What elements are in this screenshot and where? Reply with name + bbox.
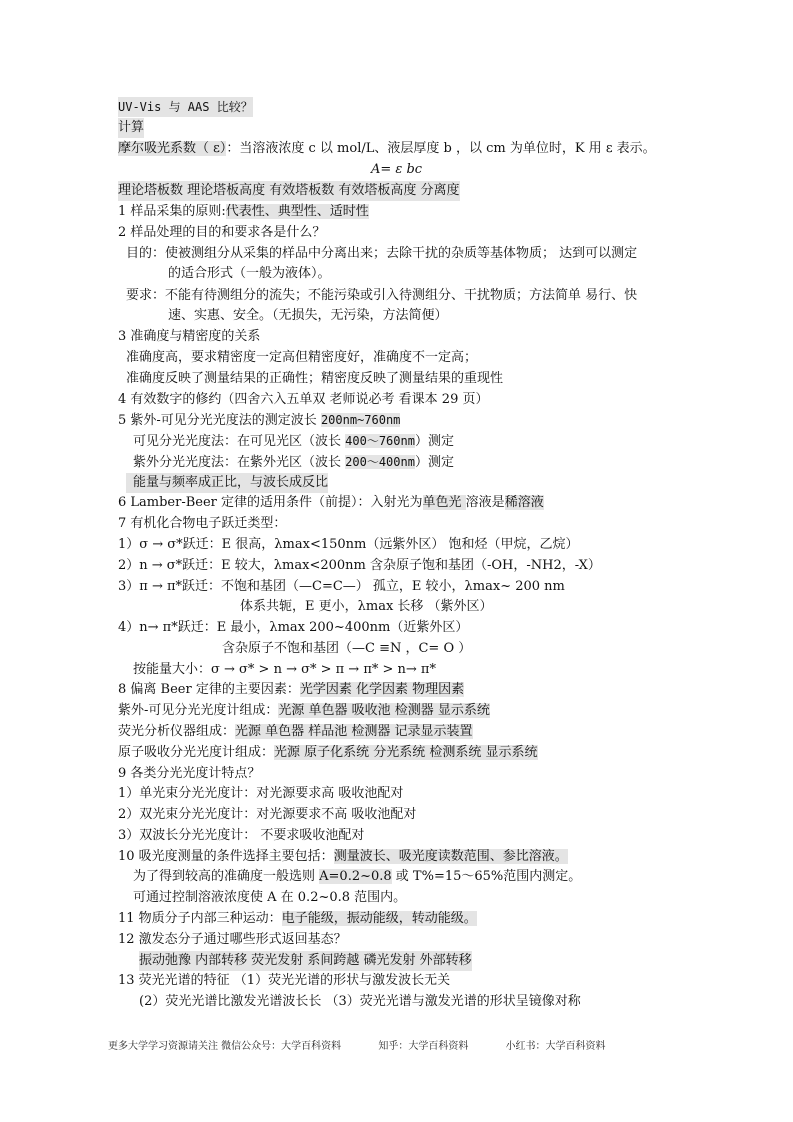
q5-uv-range: 200～400nm bbox=[345, 455, 415, 469]
q8-label: 8 偏离 Beer 定律的主要因素： bbox=[118, 682, 300, 697]
q5-uv-suffix: ）测定 bbox=[415, 455, 454, 470]
q7-sigma-sigma: 1）σ → σ*跃迁：E 很高，λmax<150nm（远紫外区） 饱和烃（甲烷，… bbox=[118, 535, 579, 555]
q10-label: 10 吸光度测量的条件选择主要包括： bbox=[118, 849, 334, 864]
aas-parts: 光源 原子化系统 分光系统 检测系统 显示系统 bbox=[274, 745, 538, 760]
plate-terms: 理论塔板数 理论塔板高度 有效塔板数 有效塔板高度 分离度 bbox=[118, 181, 460, 201]
q1-answer: 代表性、典型性、适时性 bbox=[226, 204, 369, 219]
term-molar-absorptivity: 摩尔吸光系数（ ε） bbox=[118, 141, 226, 156]
q5-label: 5 紫外-可见分光光度法的测定波长 bbox=[118, 413, 321, 428]
q7-n-sigma: 2）n → σ*跃迁：E 较大，λmax<200nm 含杂原子饱和基团（-OH，… bbox=[118, 556, 601, 576]
q7-title: 7 有机化合物电子跃迁类型： bbox=[118, 514, 286, 534]
q10-absorbance-range: A=0.2~0.8 bbox=[319, 869, 392, 884]
q13-features: 13 荧光光谱的特征 （1）荧光光谱的形状与激发波长无关 bbox=[118, 971, 450, 991]
footer-wechat: 更多大学学习资源请关注 微信公众号：大学百科资料 bbox=[108, 1041, 341, 1052]
q10-transmittance: 或 T%=15～65%范围内测定。 bbox=[392, 869, 582, 884]
q10-answer: 测量波长、吸光度读数范围、参比溶液。 bbox=[334, 849, 568, 864]
q7-pi-pi: 3）π → π*跃迁：不饱和基团（—C=C—） 孤立，E 较小，λmax~ 20… bbox=[118, 577, 565, 597]
q3-line1: 准确度高，要求精密度一定高但精密度好，准确度不一定高； bbox=[126, 348, 477, 368]
q7-energy-order: 按能量大小：σ → σ* > n → σ* > π → π* > n→ π* bbox=[133, 660, 436, 680]
definition-text: ：当溶液浓度 c 以 mol/L、液层厚度 b ，以 cm 为单位时，K 用 ε… bbox=[226, 141, 655, 156]
q6-dilute: 稀溶液 bbox=[505, 495, 544, 510]
q5-energy-note: 能量与频率成正比，与波长成反比 bbox=[126, 473, 328, 493]
fluorescence-parts: 光源 单色器 样品池 检测器 记录显示装置 bbox=[235, 724, 473, 739]
q5-visible: 可见分光光度法：在可见光区（波长 400～760nm）测定 bbox=[133, 431, 454, 451]
q1-sampling-principle: 1 样品采集的原则:代表性、典型性、适时性 bbox=[118, 202, 369, 222]
footer-xiaohongshu: 小红书：大学百科资料 bbox=[506, 1041, 606, 1052]
q5-visible-label: 可见分光光度法：在可见光区（波长 bbox=[133, 434, 345, 449]
q10-accuracy: 为了得到较高的准确度一般选则 A=0.2~0.8 或 T%=15～65%范围内测… bbox=[133, 867, 581, 887]
q7-pi-pi-cont: 体系共轭，E 更小，λmax 长移 （紫外区） bbox=[240, 597, 493, 617]
q3-title: 3 准确度与精密度的关系 bbox=[118, 327, 260, 347]
q7-n-pi: 4）n→ π*跃迁：E 最小，λmax 200~400nm（近紫外区） bbox=[118, 618, 468, 638]
q9-dual-wavelength: 3）双波长分光光度计： 不要求吸收池配对 bbox=[118, 826, 364, 846]
q12-answer: 振动弛豫 内部转移 荧光发射 系间跨越 磷光发射 外部转移 bbox=[139, 951, 472, 971]
q2-requirement: 要求：不能有待测组分的流失；不能污染或引入待测组分、干扰物质；方法简单 易行、快 bbox=[126, 286, 637, 306]
q10-control: 可通过控制溶液浓度使 A 在 0.2~0.8 范围内。 bbox=[133, 888, 406, 908]
q5-visible-suffix: ）测定 bbox=[415, 434, 454, 449]
q6-mid: 溶液是 bbox=[466, 495, 505, 510]
q12-title: 12 激发态分子通过哪些形式返回基态？ bbox=[118, 930, 347, 950]
q11-label: 11 物质分子内部三种运动： bbox=[118, 911, 282, 926]
molar-absorptivity-definition: 摩尔吸光系数（ ε）：当溶液浓度 c 以 mol/L、液层厚度 b ，以 cm … bbox=[118, 139, 656, 159]
q11-answer: 电子能级，振动能级，转动能级。 bbox=[282, 911, 477, 926]
q5-uv: 紫外分光光度法：在紫外光区（波长 200～400nm）测定 bbox=[133, 452, 454, 472]
q1-label: 1 样品采集的原则: bbox=[118, 204, 226, 219]
q8-factors: 光学因素 化学因素 物理因素 bbox=[300, 682, 464, 697]
q13-features-cont: (2）荧光光谱比激发光谱波长长 （3）荧光光谱与激发光谱的形状呈镜像对称 bbox=[139, 992, 581, 1012]
footer: 更多大学学习资源请关注 微信公众号：大学百科资料 知乎：大学百科资料 小红书：大… bbox=[108, 1040, 640, 1054]
q3-line2: 准确度反映了测量结果的正确性；精密度反映了测量结果的重现性 bbox=[126, 369, 503, 389]
beer-law-formula: A= ε bc bbox=[0, 160, 793, 180]
q5-wavelength: 5 紫外-可见分光光度法的测定波长 200nm~760nm bbox=[118, 410, 400, 430]
q11-motions: 11 物质分子内部三种运动：电子能级，振动能级，转动能级。 bbox=[118, 909, 477, 929]
q6-lambert-beer: 6 Lamber-Beer 定律的适用条件（前提）：入射光为单色光 溶液是稀溶液 bbox=[118, 493, 544, 513]
q5-uv-label: 紫外分光光度法：在紫外光区（波长 bbox=[133, 455, 345, 470]
q9-single-beam: 1）单光束分光光度计：对光源要求高 吸收池配对 bbox=[118, 784, 403, 804]
fluorescence-components: 荧光分析仪器组成：光源 单色器 样品池 检测器 记录显示装置 bbox=[118, 722, 473, 742]
fluorescence-label: 荧光分析仪器组成： bbox=[118, 724, 235, 739]
q2-purpose: 目的：使被测组分从采集的样品中分离出来；去除干扰的杂质等基体物质； 达到可以测定 bbox=[126, 244, 637, 264]
q6-monochromatic: 单色光 bbox=[423, 495, 466, 510]
uvvis-label: 紫外-可见分光光度计组成： bbox=[118, 703, 278, 718]
heading-calculation: 计算 bbox=[118, 118, 144, 138]
document-page: UV-Vis 与 AAS 比较？ 计算 摩尔吸光系数（ ε）：当溶液浓度 c 以… bbox=[0, 0, 793, 1122]
q9-double-beam: 2）双光束分光光度计：对光源要求不高 吸收池配对 bbox=[118, 805, 416, 825]
q9-title: 9 各类分光光度计特点？ bbox=[118, 764, 260, 784]
heading-uvvis-vs-aas: UV-Vis 与 AAS 比较？ bbox=[118, 97, 253, 117]
q4-significant-figures: 4 有效数字的修约（四舍六入五单双 老师说必考 看课本 29 页） bbox=[118, 390, 488, 410]
aas-label: 原子吸收分光光度计组成： bbox=[118, 745, 274, 760]
footer-zhihu: 知乎：大学百科资料 bbox=[378, 1041, 468, 1052]
q10-accuracy-label: 为了得到较高的准确度一般选则 bbox=[133, 869, 319, 884]
q2-requirement-cont: 速、实惠、安全。（无损失，无污染，方法简便） bbox=[168, 306, 448, 326]
q2-purpose-cont: 的适合形式（一般为液体）。 bbox=[168, 264, 331, 284]
uvvis-components: 紫外-可见分光光度计组成：光源 单色器 吸收池 检测器 显示系统 bbox=[118, 701, 490, 721]
q8-beer-deviation: 8 偏离 Beer 定律的主要因素：光学因素 化学因素 物理因素 bbox=[118, 680, 464, 700]
q6-label: 6 Lamber-Beer 定律的适用条件（前提）：入射光为 bbox=[118, 495, 423, 510]
q5-range: 200nm~760nm bbox=[321, 413, 400, 427]
q5-visible-range: 400～760nm bbox=[345, 434, 415, 448]
q10-conditions: 10 吸光度测量的条件选择主要包括：测量波长、吸光度读数范围、参比溶液。 bbox=[118, 847, 568, 867]
uvvis-parts: 光源 单色器 吸收池 检测器 显示系统 bbox=[278, 703, 490, 718]
aas-components: 原子吸收分光光度计组成：光源 原子化系统 分光系统 检测系统 显示系统 bbox=[118, 743, 538, 763]
q2-title: 2 样品处理的目的和要求各是什么？ bbox=[118, 223, 325, 243]
q7-n-pi-cont: 含杂原子不饱和基团（—C ≡N ，C= O ） bbox=[222, 639, 471, 659]
